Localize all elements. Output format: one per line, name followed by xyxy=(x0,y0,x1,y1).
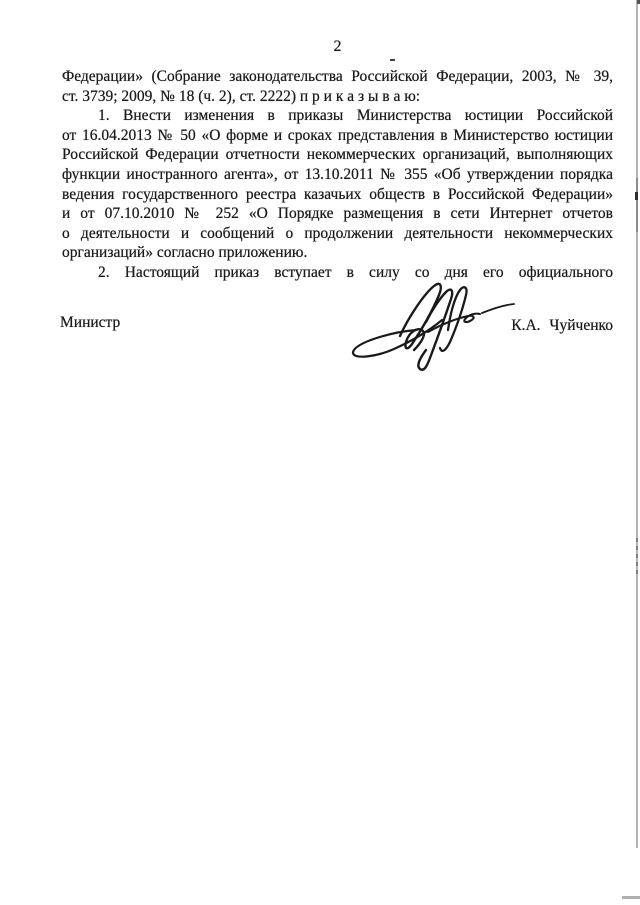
text-line: и от 07.10.2010 № 252 «О Порядке размеще… xyxy=(62,204,613,224)
text-line: функции иностранного агента», от 13.10.2… xyxy=(62,165,613,185)
text-line: ст. 3739; 2009, № 18 (ч. 2), ст. 2222) п… xyxy=(62,87,613,107)
document-body: Федерации» (Собрание законодательства Ро… xyxy=(62,67,613,283)
text-line: от 16.04.2013 № 50 «О форме и сроках пре… xyxy=(62,126,613,146)
paragraph-item-1: 1. Внести изменения в приказы Министерст… xyxy=(62,106,613,263)
scan-bottom-mark xyxy=(622,896,640,899)
signer-name: К.А. Чуйченко xyxy=(477,317,613,335)
scan-edge-dark-segment xyxy=(636,178,638,232)
scan-edge-dashes xyxy=(636,538,638,578)
text-line: Федерации» (Собрание законодательства Ро… xyxy=(62,67,613,87)
text-line: организаций» согласно приложению. xyxy=(62,243,613,263)
scan-speck xyxy=(390,59,395,61)
page-number: 2 xyxy=(62,38,613,56)
scan-page-edge xyxy=(636,0,638,848)
text-line: Российской Федерации отчетности некоммер… xyxy=(62,145,613,165)
signer-title: Министр xyxy=(60,314,120,332)
signature-dash xyxy=(482,304,514,313)
text-line: о деятельности и сообщений о продолжении… xyxy=(62,224,613,244)
scanned-document-page: 2 Федерации» (Собрание законодательства … xyxy=(0,0,640,905)
text-line: 1. Внести изменения в приказы Министерст… xyxy=(62,106,613,126)
scan-edge-blob xyxy=(635,192,638,200)
text-line: ведения государственного реестра казачьи… xyxy=(62,185,613,205)
paragraph-intro: Федерации» (Собрание законодательства Ро… xyxy=(62,67,613,106)
